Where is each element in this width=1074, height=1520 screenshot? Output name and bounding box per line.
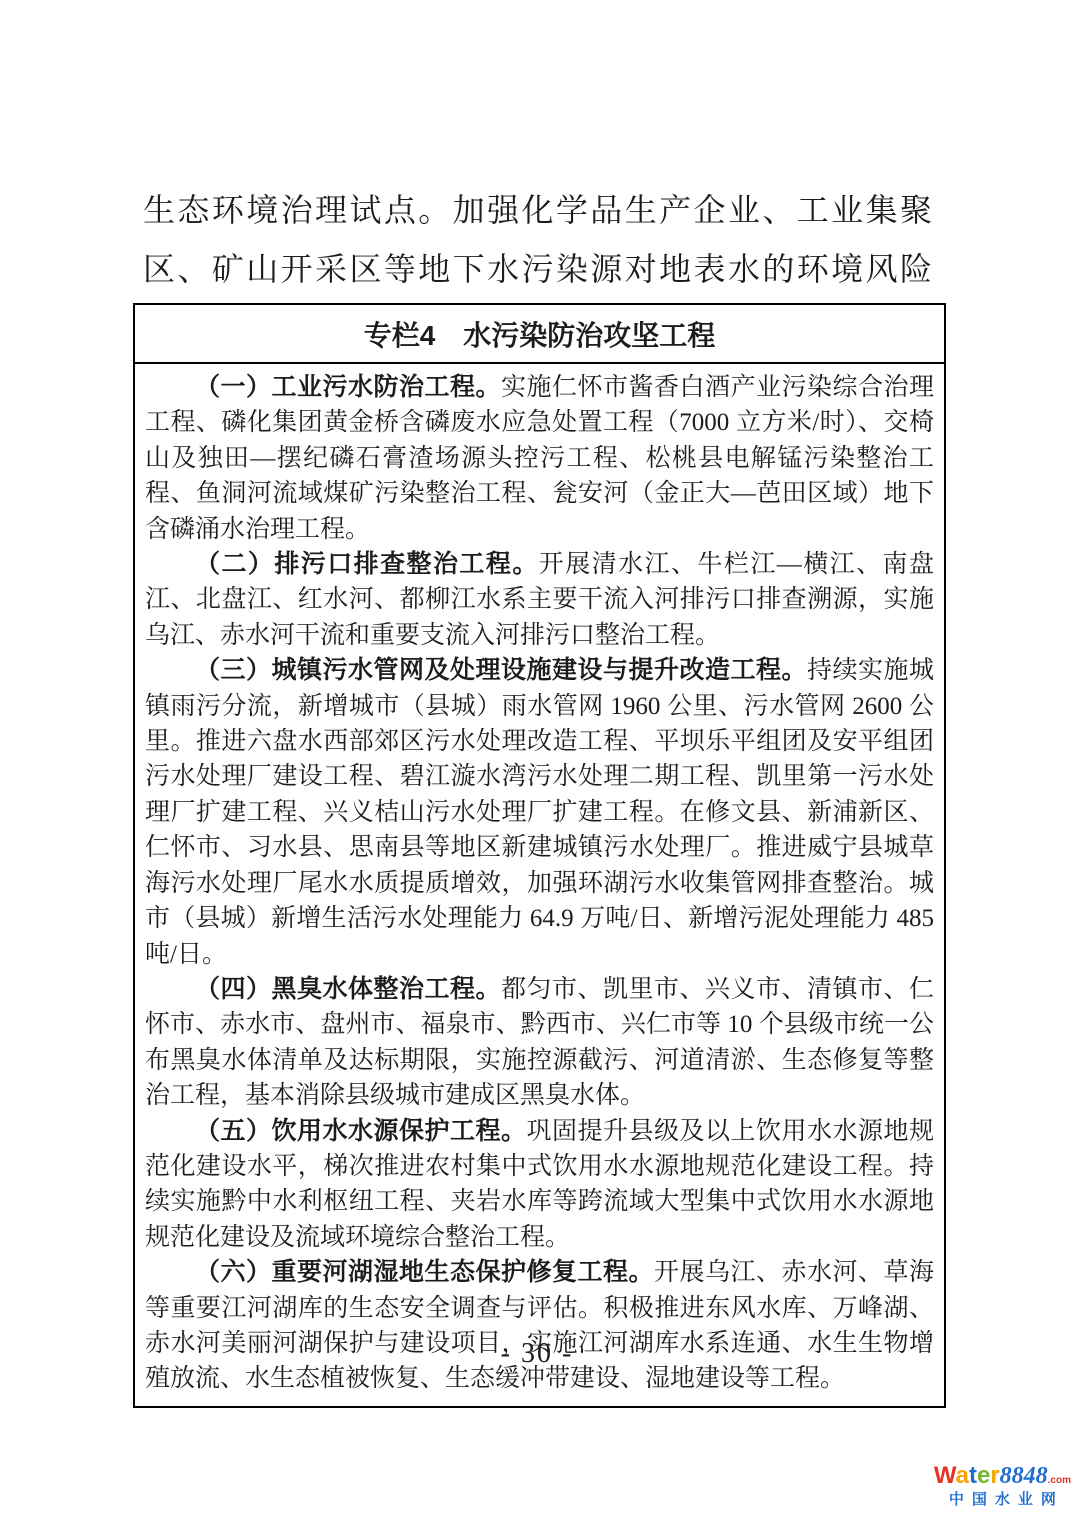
section-heading: （二）排污口排查整治工程。 <box>195 550 539 578</box>
section-paragraph: （五）饮用水水源保护工程。巩固提升县级及以上饮用水水源地规范化建设水平，梯次推进… <box>145 1114 934 1256</box>
water8848-logo: Water8848.com 中国水业网 <box>934 1464 1071 1507</box>
logo-wordmark: Water8848.com <box>934 1464 1071 1488</box>
section-paragraph: （六）重要河湖湿地生态保护修复工程。开展乌江、赤水河、草海等重要江河湖库的生态安… <box>145 1255 934 1397</box>
section-paragraph: （三）城镇污水管网及处理设施建设与提升改造工程。持续实施城镇雨污分流，新增城市（… <box>145 653 934 972</box>
logo-chinese-text: 中国水业网 <box>934 1492 1071 1507</box>
section-heading: （四）黑臭水体整治工程。 <box>195 975 501 1003</box>
section-body: 持续实施城镇雨污分流，新增城市（县城）雨水管网 1960 公里、污水管网 260… <box>145 657 934 967</box>
section-paragraph: （一）工业污水防治工程。实施仁怀市酱香白酒产业污染综合治理工程、磷化集团黄金桥含… <box>145 370 934 547</box>
section-heading: （三）城镇污水管网及处理设施建设与提升改造工程。 <box>195 656 807 684</box>
page-number: - 30 - <box>0 1338 1074 1370</box>
logo-letter: t <box>969 1462 977 1489</box>
logo-letter: a <box>956 1462 969 1489</box>
logo-water-text: Water <box>934 1462 1000 1489</box>
section-paragraph: （四）黑臭水体整治工程。都匀市、凯里市、兴义市、清镇市、仁怀市、赤水市、盘州市、… <box>145 972 934 1114</box>
logo-letter: r <box>990 1462 999 1489</box>
special-column-box: 专栏4 水污染防治攻坚工程 （一）工业污水防治工程。实施仁怀市酱香白酒产业污染综… <box>133 303 946 1408</box>
section-heading: （五）饮用水水源保护工程。 <box>195 1117 527 1145</box>
section-heading: （六）重要河湖湿地生态保护修复工程。 <box>195 1258 654 1286</box>
section-heading: （一）工业污水防治工程。 <box>195 373 501 401</box>
logo-domain-suffix: .com <box>1048 1475 1071 1486</box>
logo-number: 8848 <box>1000 1463 1048 1489</box>
section-paragraph: （二）排污口排查整治工程。开展清水江、牛栏江—横江、南盘江、北盘江、红水河、都柳… <box>145 547 934 653</box>
box-content: （一）工业污水防治工程。实施仁怀市酱香白酒产业污染综合治理工程、磷化集团黄金桥含… <box>135 364 944 1406</box>
box-title: 专栏4 水污染防治攻坚工程 <box>135 305 944 364</box>
logo-letter: W <box>934 1462 956 1489</box>
logo-letter: e <box>977 1462 990 1489</box>
